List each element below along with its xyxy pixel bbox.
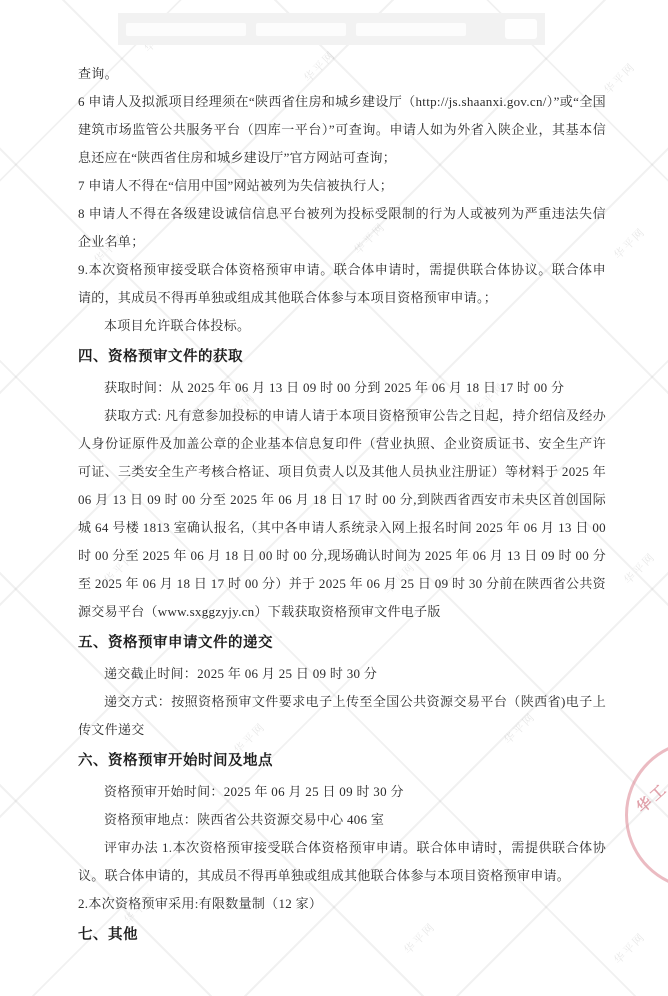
paragraph: 评审办法 1.本次资格预审接受联合体资格预审申请。联合体申请时，需提供联合体协议… — [78, 834, 606, 890]
watermark-text: 华平网 — [610, 224, 649, 263]
paragraph: 9.本次资格预审接受联合体资格预审申请。联合体申请时，需提供联合体协议。联合体申… — [78, 256, 606, 312]
section-heading-7: 七、其他 — [78, 920, 606, 950]
paragraph: 获取时间：从 2025 年 06 月 13 日 09 时 00 分到 2025 … — [78, 374, 606, 402]
paragraph: 查询。 — [78, 60, 606, 88]
notice-body: 查询。 6 申请人及拟派项目经理须在“陕西省住房和城乡建设厅（http://js… — [78, 60, 606, 952]
faded-title-text-block — [126, 23, 246, 36]
paragraph: 递交截止时间：2025 年 06 月 25 日 09 时 30 分 — [78, 660, 606, 688]
watermark-text: 华平网 — [610, 929, 649, 968]
paragraph: 递交方式：按照资格预审文件要求电子上传至全国公共资源交易平台（陕西省)电子上传文… — [78, 688, 606, 744]
section-heading-6: 六、资格预审开始时间及地点 — [78, 746, 606, 776]
faded-title-end-box — [505, 19, 537, 39]
paragraph: 2.本次资格预审采用:有限数量制（12 家） — [78, 890, 606, 918]
faded-title-text-block — [356, 23, 466, 36]
red-company-seal: 华工 ★ — [625, 740, 668, 890]
paragraph: 资格预审开始时间：2025 年 06 月 25 日 09 时 30 分 — [78, 778, 606, 806]
faded-title-band — [118, 13, 545, 45]
paragraph: 获取方式: 凡有意参加投标的申请人请于本项目资格预审公告之日起，持介绍信及经办人… — [78, 402, 606, 626]
watermark-text: 华平网 — [620, 549, 659, 588]
paragraph: 资格预审地点：陕西省公共资源交易中心 406 室 — [78, 806, 606, 834]
seal-arc-text: 华工 — [632, 778, 668, 818]
paragraph: 本项目允许联合体投标。 — [78, 312, 606, 340]
document-page: 华平网 华平网 华平网 华平网 华平网 华平网 华平网 华平网 华平网 华平网 … — [0, 0, 668, 996]
section-heading-4: 四、资格预审文件的获取 — [78, 342, 606, 372]
paragraph: 8 申请人不得在各级建设诚信信息平台被列为投标受限制的行为人或被列为严重违法失信… — [78, 200, 606, 256]
section-heading-5: 五、资格预审申请文件的递交 — [78, 628, 606, 658]
paragraph: 6 申请人及拟派项目经理须在“陕西省住房和城乡建设厅（http://js.sha… — [78, 88, 606, 172]
paragraph: 7 申请人不得在“信用中国”网站被列为失信被执行人； — [78, 172, 606, 200]
faded-title-text-block — [256, 23, 346, 36]
